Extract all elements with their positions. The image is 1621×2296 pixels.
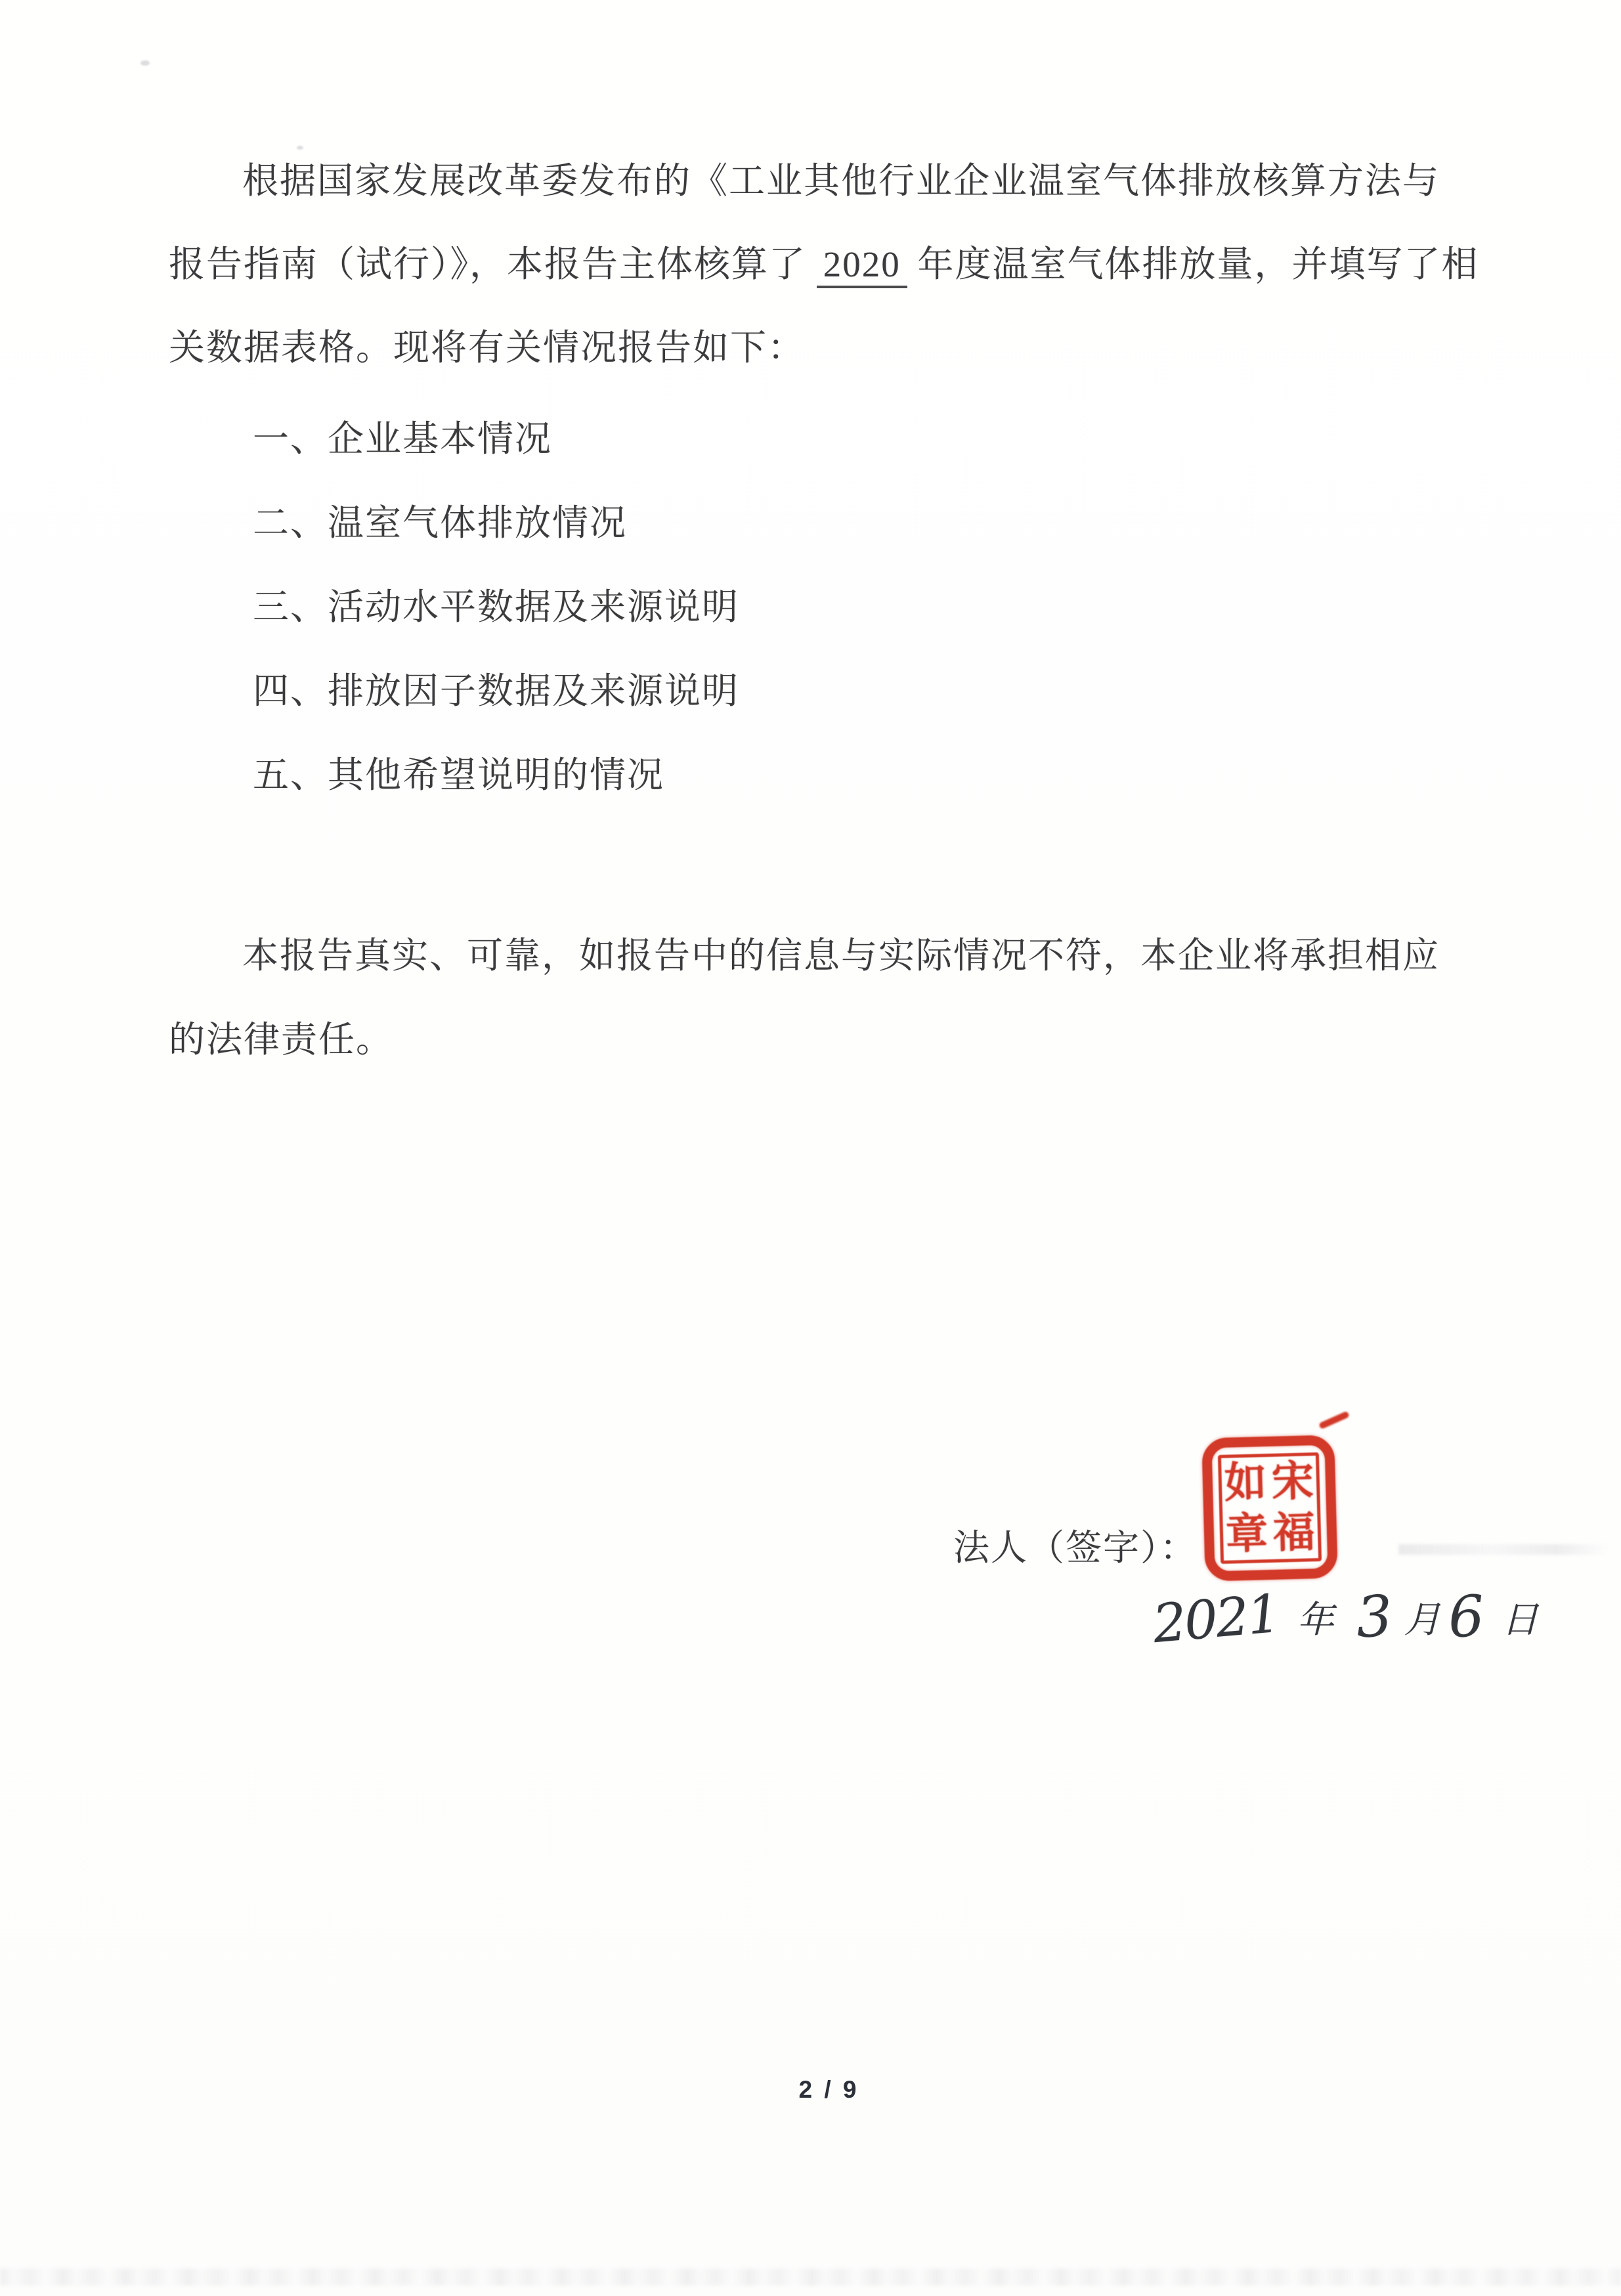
seal-char-bottom-left: 章 — [1225, 1513, 1268, 1556]
page-number: 2 / 9 — [0, 2076, 1621, 2104]
declaration-line1-text: 本报告真实、可靠，如报告中的信息与实际情况不符，本企业将承担相应 — [242, 936, 1440, 976]
date-year: 2021 — [1151, 1588, 1281, 1651]
section-item-4: 四、排放因子数据及来源说明 — [253, 671, 739, 711]
section-item-2: 二、温室气体排放情况 — [253, 503, 627, 543]
paragraph-line: 关数据表格。现将有关情况报告如下： — [169, 306, 1488, 389]
scanned-document-page: 根据国家发展改革委发布的《工业其他行业企业温室气体排放核算方法与 报告指南（试行… — [0, 0, 1621, 2296]
paragraph-line: 的法律责任。 — [169, 998, 1488, 1082]
seal-char-top-right: 宋 — [1271, 1460, 1314, 1504]
section-item-3: 三、活动水平数据及来源说明 — [253, 587, 739, 627]
date-day: 6 — [1447, 1588, 1486, 1647]
date-day-suffix: 日 — [1502, 1602, 1538, 1645]
intro-line2-pre-text: 报告指南（试行）》，本报告主体核算了 — [169, 244, 806, 284]
intro-line3-text: 关数据表格。现将有关情况报告如下： — [169, 328, 805, 368]
paragraph-line: 报告指南（试行）》，本报告主体核算了 2020 年度温室气体排放量，并填写了相 — [169, 223, 1488, 306]
declaration-line2-text: 的法律责任。 — [169, 1020, 393, 1060]
scan-speck — [140, 60, 150, 66]
red-name-seal: 如 宋 章 福 — [1201, 1435, 1338, 1581]
list-item: 一、企业基本情况 — [253, 397, 739, 481]
paragraph-line: 根据国家发展改革委发布的《工业其他行业企业温室气体排放核算方法与 — [169, 139, 1488, 223]
report-year-underlined: 2020 — [817, 244, 907, 288]
date-month-suffix: 月 — [1404, 1602, 1440, 1645]
intro-line2-post-text: 年度温室气体排放量，并填写了相 — [918, 244, 1479, 284]
bottom-scan-bleed-strip — [0, 2268, 1621, 2285]
list-item: 二、温室气体排放情况 — [253, 481, 739, 565]
list-item: 五、其他希望说明的情况 — [253, 733, 739, 817]
section-list: 一、企业基本情况 二、温室气体排放情况 三、活动水平数据及来源说明 四、排放因子… — [253, 397, 739, 817]
legal-representative-signature-label: 法人（签字）： — [953, 1517, 1198, 1580]
scan-artifact — [1398, 1544, 1609, 1555]
list-item: 三、活动水平数据及来源说明 — [253, 565, 739, 649]
seal-ink-smear — [1318, 1411, 1350, 1430]
handwritten-date: 2021 年 3 月 6 日 — [1153, 1589, 1538, 1645]
seal-char-bottom-right: 福 — [1272, 1511, 1316, 1555]
date-month: 3 — [1354, 1588, 1393, 1647]
section-item-1: 一、企业基本情况 — [253, 419, 552, 459]
date-year-suffix: 年 — [1297, 1602, 1334, 1645]
list-item: 四、排放因子数据及来源说明 — [253, 649, 739, 733]
section-item-5: 五、其他希望说明的情况 — [253, 755, 664, 795]
intro-paragraph: 根据国家发展改革委发布的《工业其他行业企业温室气体排放核算方法与 报告指南（试行… — [169, 139, 1488, 389]
seal-char-top-left: 如 — [1224, 1462, 1267, 1505]
signature-label-text: 法人（签字）： — [953, 1528, 1198, 1568]
intro-line1-text: 根据国家发展改革委发布的《工业其他行业企业温室气体排放核算方法与 — [242, 161, 1440, 201]
page-number-text: 2 / 9 — [799, 2076, 859, 2103]
seal-inner-grid: 如 宋 章 福 — [1218, 1452, 1322, 1564]
declaration-paragraph: 本报告真实、可靠，如报告中的信息与实际情况不符，本企业将承担相应 的法律责任。 — [169, 914, 1488, 1082]
paragraph-line: 本报告真实、可靠，如报告中的信息与实际情况不符，本企业将承担相应 — [169, 914, 1488, 998]
